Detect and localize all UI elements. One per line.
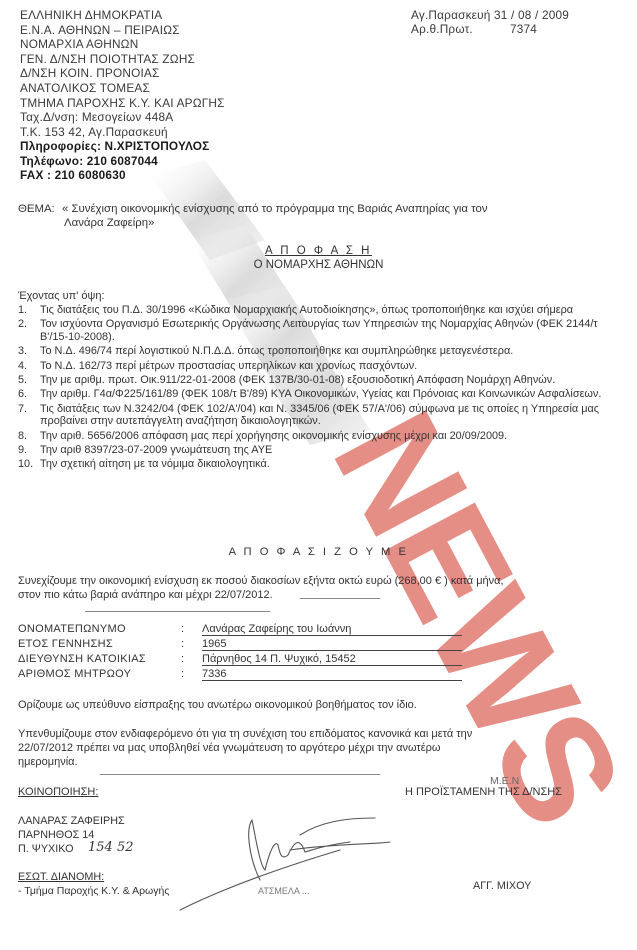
consideration-item: 6.Την αριθμ. Γ4α/Φ225/161/89 (ΦΕΚ 108/τ …	[18, 388, 618, 401]
consideration-text: Τον ισχύοντα Οργανισμό Εσωτερικής Οργάνω…	[40, 318, 598, 343]
notification-line: ΛΑΝΑΡΑΣ ΖΑΦΕΙΡΗΣ	[18, 815, 125, 828]
contact-line: FAX : 210 6080630	[20, 168, 209, 183]
consideration-text: Την με αριθμ. πρωτ. Οικ.911/22-01-2008 (…	[40, 374, 555, 386]
issuer-line: Δ/ΝΣΗ ΚΟΙΝ. ΠΡΟΝΟΙΑΣ	[20, 66, 225, 81]
protocol-label: Αρ.θ.Πρωτ.	[411, 22, 473, 37]
signatory-title: Η ΠΡΟΪΣΤΑΜΕΝΗ ΤΗΣ Δ/ΝΣΗΣ	[405, 786, 562, 799]
signatory-name: ΑΓΓ. ΜΙΧΟΥ	[473, 880, 531, 893]
consideration-item: 1.Τις διατάξεις του Π.Δ. 30/1996 «Κώδικα…	[18, 304, 618, 317]
beneficiary-label: ΑΡΙΘΜΟΣ ΜΗΤΡΩΟΥ	[18, 668, 178, 680]
consideration-text: Την σχετική αίτηση με τα νόμιμα δικαιολο…	[40, 458, 270, 470]
reminder-text-3: ημερομηνία.	[18, 756, 78, 769]
contact-line: Τηλέφωνο: 210 6087044	[20, 154, 209, 169]
separator: :	[181, 638, 184, 650]
beneficiary-value: 7336	[202, 668, 462, 681]
consideration-item: 9.Την αριθ 8397/23-07-2009 γνωμάτευση τη…	[18, 444, 618, 457]
beneficiary-value: 1965	[202, 638, 462, 651]
notification-line: ΠΑΡΝΗΘΟΣ 14	[18, 829, 94, 842]
consideration-item: 3.Το Ν.Δ. 496/74 περί λογιστικού Ν.Π.Δ.Δ…	[18, 345, 618, 358]
issuer-line: ΓΕΝ. Δ/ΝΣΗ ΠΟΙΟΤΗΤΑΣ ΖΩΗΣ	[20, 52, 225, 67]
consideration-item: 4.Το Ν.Δ. 162/73 περί μέτρων προστασίας …	[18, 360, 618, 373]
consideration-item: 8.Την αριθ. 5656/2006 απόφαση μας περί χ…	[18, 430, 618, 443]
we-decide-title: Α Π Ο Φ Α Σ Ι Ζ Ο Υ Μ Ε	[0, 546, 637, 559]
payee-text: Ορίζουμε ως υπεύθυνο είσπραξης του ανωτέ…	[18, 699, 417, 712]
place-date: Αγ.Παρασκευή 31 / 08 / 2009	[411, 8, 569, 23]
consideration-number: 10.	[18, 458, 33, 471]
consideration-text: Τις διατάξεις των Ν.3242/04 (ΦΕΚ 102/Α'/…	[40, 403, 599, 428]
beneficiary-label: ΔΙΕΥΘΥΝΣΗ ΚΑΤΟΙΚΙΑΣ	[18, 653, 178, 665]
decision-authority: Ο ΝΟΜΑΡΧΗΣ ΑΘΗΝΩΝ	[0, 259, 637, 272]
consideration-text: Την αριθ 8397/23-07-2009 γνωμάτευση της …	[40, 444, 272, 456]
notification-line: Π. ΨΥΧΙΚΟ	[18, 843, 74, 856]
consideration-item: 2.Τον ισχύοντα Οργανισμό Εσωτερικής Οργά…	[18, 318, 618, 344]
consideration-item: 10.Την σχετική αίτηση με τα νόμιμα δικαι…	[18, 458, 618, 471]
consideration-item: 5.Την με αριθμ. πρωτ. Οικ.911/22-01-2008…	[18, 374, 618, 387]
issuer-line: ΤΜΗΜΑ ΠΑΡΟΧΗΣ Κ.Υ. ΚΑΙ ΑΡΩΓΗΣ	[20, 96, 225, 111]
consideration-text: Το Ν.Δ. 162/73 περί μέτρων προστασίας υπ…	[40, 360, 417, 372]
contact-block: Ταχ.Δ/νση: Μεσογείων 448ΑΤ.Κ. 153 42, Αγ…	[20, 110, 209, 183]
consideration-item: 7.Τις διατάξεις των Ν.3242/04 (ΦΕΚ 102/Α…	[18, 403, 618, 429]
considering-label: Έχοντας υπ' όψη:	[18, 290, 105, 303]
beneficiary-value: Λανάρας Ζαφείρης του Ιωάννη	[202, 623, 462, 636]
protocol-number: 7374	[510, 22, 537, 37]
reminder-text-1: Υπενθυμίζουμε στον ενδιαφερόμενο ότι για…	[18, 728, 472, 741]
considerations-list: 1.Τις διατάξεις του Π.Δ. 30/1996 «Κώδικα…	[18, 304, 618, 473]
signature	[150, 810, 400, 920]
internal-distribution-item: - Τμήμα Παροχής Κ.Υ. & Αρωγής	[18, 885, 169, 898]
consideration-number: 4.	[18, 360, 27, 373]
consideration-number: 6.	[18, 388, 27, 401]
issuer-line: ΑΝΑΤΟΛΙΚΟΣ ΤΟΜΕΑΣ	[20, 81, 225, 96]
separator: :	[181, 623, 184, 635]
handwritten-underline	[300, 598, 380, 599]
beneficiary-value: Πάρνηθος 14 Π. Ψυχικό, 15452	[202, 653, 462, 666]
consideration-number: 8.	[18, 430, 27, 443]
issuer-line: ΝΟΜΑΡΧΙΑ ΑΘΗΝΩΝ	[20, 37, 225, 52]
consideration-number: 5.	[18, 374, 27, 387]
consideration-text: Τις διατάξεις του Π.Δ. 30/1996 «Κώδικα Ν…	[40, 304, 573, 316]
beneficiary-label: ΕΤΟΣ ΓΕΝΝΗΣΗΣ	[18, 638, 178, 650]
document-page: NEWS ΕΛΛΗΝΙΚΗ ΔΗΜΟΚΡΑΤΙΑΕ.Ν.Α. ΑΘΗΝΩΝ – …	[0, 0, 637, 950]
subject-text-2: Λανάρα Ζαφείρη»	[64, 217, 154, 230]
consideration-number: 9.	[18, 444, 27, 457]
internal-distribution-label: ΕΣΩΤ. ΔΙΑΝΟΜΗ:	[18, 871, 104, 884]
decision-title: Α Π Ο Φ Α Σ Η	[0, 245, 637, 258]
consideration-text: Την αριθ. 5656/2006 απόφαση μας περί χορ…	[40, 430, 507, 442]
consideration-text: Την αριθμ. Γ4α/Φ225/161/89 (ΦΕΚ 108/τ Β'…	[40, 388, 601, 400]
issuer-line: ΕΛΛΗΝΙΚΗ ΔΗΜΟΚΡΑΤΙΑ	[20, 8, 225, 23]
consideration-number: 7.	[18, 403, 27, 416]
consideration-number: 3.	[18, 345, 27, 358]
contact-line: Ταχ.Δ/νση: Μεσογείων 448Α	[20, 110, 209, 125]
separator: :	[181, 653, 184, 665]
reminder-text-2: 22/07/2012 πρέπει να μας υποβληθεί νέα γ…	[18, 742, 441, 755]
handwritten-underline	[85, 611, 270, 612]
decision-text-1: Συνεχίζουμε την οικονομική ενίσχυση εκ π…	[18, 575, 504, 588]
subject-label: ΘΕΜΑ:	[18, 203, 55, 216]
handwritten-postcode: 154 52	[88, 841, 134, 854]
contact-line: Τ.Κ. 153 42, Αγ.Παρασκευή	[20, 125, 209, 140]
consideration-number: 1.	[18, 304, 27, 317]
contact-line: Πληροφορίες: Ν.ΧΡΙΣΤΟΠΟΥΛΟΣ	[20, 139, 209, 154]
consideration-text: Το Ν.Δ. 496/74 περί λογιστικού Ν.Π.Δ.Δ. …	[40, 345, 513, 357]
issuer-line: Ε.Ν.Α. ΑΘΗΝΩΝ – ΠΕΙΡΑΙΩΣ	[20, 23, 225, 38]
handwritten-underline	[100, 774, 380, 775]
subject-text-1: « Συνέχιση οικονομικής ενίσχυσης από το …	[62, 203, 488, 216]
notification-label: ΚΟΙΝΟΠΟΙΗΣΗ:	[18, 786, 98, 799]
beneficiary-label: ΟΝΟΜΑΤΕΠΩΝΥΜΟ	[18, 623, 178, 635]
decision-text-2: στον πιο κάτω βαριά ανάπηρο και μέχρι 22…	[18, 589, 273, 602]
issuer-header: ΕΛΛΗΝΙΚΗ ΔΗΜΟΚΡΑΤΙΑΕ.Ν.Α. ΑΘΗΝΩΝ – ΠΕΙΡΑ…	[20, 8, 225, 110]
separator: :	[181, 668, 184, 680]
consideration-number: 2.	[18, 318, 27, 331]
